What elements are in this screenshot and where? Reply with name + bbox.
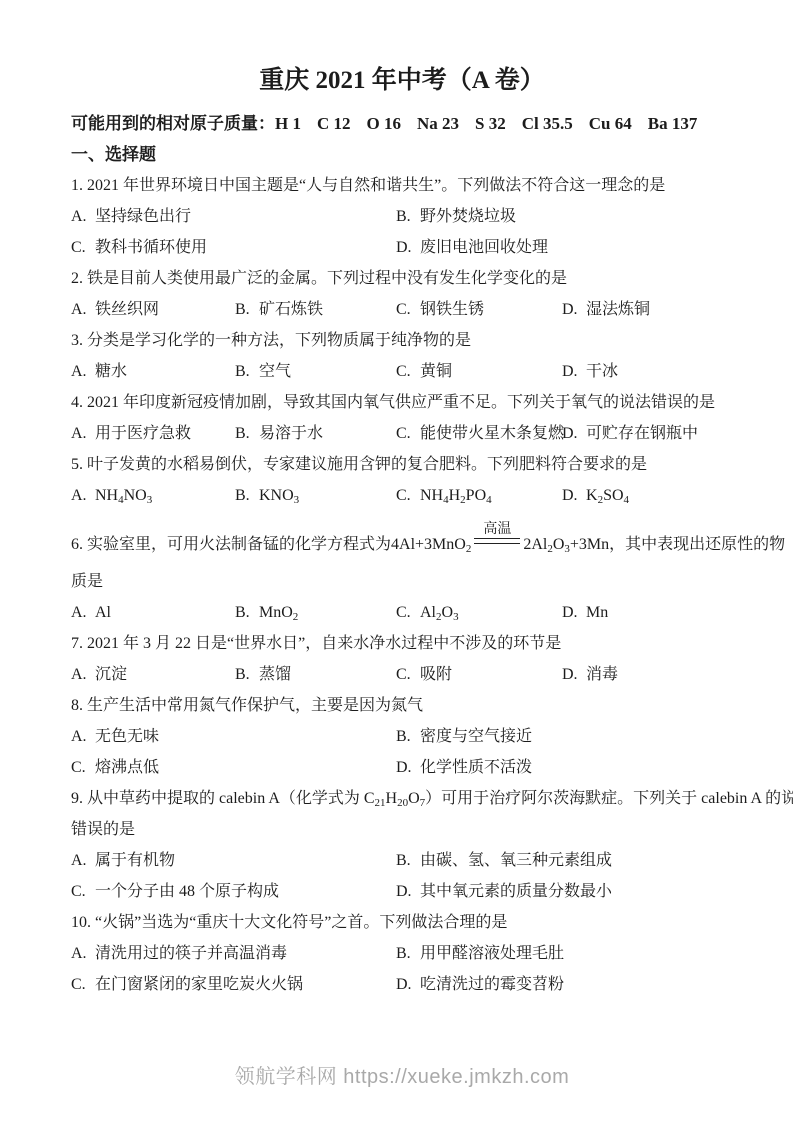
option-c: C.在门窗紧闭的家里吃炭火火锅: [71, 969, 396, 1000]
chemical-formula: MnO2: [259, 604, 298, 621]
options-row: A.糖水 B.空气 C.黄铜 D.干冰: [71, 356, 733, 387]
option-text: 密度与空气接近: [420, 728, 532, 745]
chemical-formula: K2SO4: [586, 487, 629, 504]
option-label: C.: [396, 418, 420, 449]
option-a: A.铁丝织网: [71, 294, 235, 325]
option-text: 空气: [259, 363, 291, 380]
option-label: C.: [71, 876, 95, 907]
option-text: 钢铁生锈: [420, 301, 484, 318]
chemical-formula: Al: [95, 604, 111, 621]
option-label: A.: [71, 201, 95, 232]
question-stem: 7. 2021 年 3 月 22 日是“世界水日”，自来水净水过程中不涉及的环节…: [71, 628, 733, 659]
option-d: D.可贮存在钢瓶中: [562, 418, 733, 449]
option-b: B.空气: [235, 356, 396, 387]
option-label: A.: [71, 597, 95, 628]
options-row: A.清洗用过的筷子并高温消毒 B.用甲醛溶液处理毛肚: [71, 938, 733, 969]
question-7: 7. 2021 年 3 月 22 日是“世界水日”，自来水净水过程中不涉及的环节…: [71, 628, 733, 690]
atomic-mass-entry: S 32: [475, 108, 506, 139]
option-b: B.密度与空气接近: [396, 721, 733, 752]
question-stem: 3. 分类是学习化学的一种方法，下列物质属于纯净物的是: [71, 325, 733, 356]
option-text: 由碳、氢、氧三种元素组成: [420, 852, 612, 869]
options-row: A.属于有机物 B.由碳、氢、氧三种元素组成: [71, 845, 733, 876]
option-c: C.一个分子由 48 个原子构成: [71, 876, 396, 907]
option-b: B.由碳、氢、氧三种元素组成: [396, 845, 733, 876]
option-label: D.: [396, 232, 420, 263]
option-label: D.: [562, 418, 586, 449]
option-label: A.: [71, 845, 95, 876]
option-label: D.: [562, 597, 586, 628]
options-row: A.沉淀 B.蒸馏 C.吸附 D.消毒: [71, 659, 733, 690]
option-label: A.: [71, 418, 95, 449]
option-text: 化学性质不活泼: [420, 759, 532, 776]
reaction-condition: 高温: [474, 538, 520, 546]
option-d: D.K2SO4: [562, 480, 733, 511]
option-label: C.: [71, 969, 95, 1000]
option-text: 黄铜: [420, 363, 452, 380]
option-text: 能使带火星木条复燃: [420, 425, 564, 442]
question-stem: 2. 铁是目前人类使用最广泛的金属。下列过程中没有发生化学变化的是: [71, 263, 733, 294]
question-stem: 10. “火锅”当选为“重庆十大文化符号”之首。下列做法合理的是: [71, 907, 733, 938]
option-text: 湿法炼铜: [586, 301, 650, 318]
option-c: C.黄铜: [396, 356, 562, 387]
option-a: A.坚持绿色出行: [71, 201, 396, 232]
option-label: C.: [396, 480, 420, 511]
option-a: A.无色无味: [71, 721, 396, 752]
question-stem: 6. 实验室里，可用火法制备锰的化学方程式为4Al+3MnO2高温2Al2O3+…: [71, 511, 733, 566]
option-text: 野外焚烧垃圾: [420, 208, 516, 225]
option-d: D.废旧电池回收处理: [396, 232, 733, 263]
option-label: D.: [396, 876, 420, 907]
question-stem: 5. 叶子发黄的水稻易倒伏，专家建议施用含钾的复合肥料。下列肥料符合要求的是: [71, 449, 733, 480]
option-c: C.吸附: [396, 659, 562, 690]
option-label: A.: [71, 294, 95, 325]
options-row: A.用于医疗急救 B.易溶于水 C.能使带火星木条复燃 D.可贮存在钢瓶中: [71, 418, 733, 449]
option-label: B.: [235, 480, 259, 511]
option-label: B.: [235, 356, 259, 387]
option-b: B.KNO3: [235, 480, 396, 511]
option-label: D.: [562, 356, 586, 387]
question-6: 6. 实验室里，可用火法制备锰的化学方程式为4Al+3MnO2高温2Al2O3+…: [71, 511, 733, 628]
question-2: 2. 铁是目前人类使用最广泛的金属。下列过程中没有发生化学变化的是 A.铁丝织网…: [71, 263, 733, 325]
option-c: C.Al2O3: [396, 597, 562, 628]
option-d: D.Mn: [562, 597, 733, 628]
option-text: 教科书循环使用: [95, 239, 207, 256]
option-label: C.: [396, 294, 420, 325]
option-label: D.: [562, 294, 586, 325]
option-label: B.: [396, 845, 420, 876]
option-text: 在门窗紧闭的家里吃炭火火锅: [95, 976, 303, 993]
option-text: 铁丝织网: [95, 301, 159, 318]
equation-left: 4Al+3MnO2: [391, 536, 471, 553]
page-title: 重庆 2021 年中考（A 卷）: [71, 64, 733, 98]
atomic-mass-entry: C 12: [317, 108, 351, 139]
option-text: 废旧电池回收处理: [420, 239, 548, 256]
option-c: C.熔沸点低: [71, 752, 396, 783]
question-1: 1. 2021 年世界环境日中国主题是“人与自然和谐共生”。下列做法不符合这一理…: [71, 170, 733, 263]
site-watermark: 领航学科网 https://xueke.jmkzh.com: [71, 1060, 733, 1089]
option-label: C.: [396, 597, 420, 628]
options-row: C.一个分子由 48 个原子构成 D.其中氧元素的质量分数最小: [71, 876, 733, 907]
option-text: 吃清洗过的霉变苕粉: [420, 976, 564, 993]
option-label: B.: [235, 418, 259, 449]
option-c: C.钢铁生锈: [396, 294, 562, 325]
options-row: A.Al B.MnO2 C.Al2O3 D.Mn: [71, 597, 733, 628]
option-label: A.: [71, 659, 95, 690]
option-label: C.: [71, 232, 95, 263]
chemical-formula: NH4H2PO4: [420, 487, 492, 504]
option-label: C.: [396, 659, 420, 690]
question-4: 4. 2021 年印度新冠疫情加剧，导致其国内氧气供应严重不足。下列关于氧气的说…: [71, 387, 733, 449]
option-label: B.: [235, 659, 259, 690]
option-d: D.化学性质不活泼: [396, 752, 733, 783]
option-c: C.NH4H2PO4: [396, 480, 562, 511]
option-label: A.: [71, 356, 95, 387]
option-text: 消毒: [586, 666, 618, 683]
option-label: B.: [235, 294, 259, 325]
option-b: B.矿石炼铁: [235, 294, 396, 325]
option-d: D.湿法炼铜: [562, 294, 733, 325]
equation-right: 2Al2O3+3Mn: [523, 536, 609, 553]
atomic-mass-entry: H 1: [275, 108, 301, 139]
option-label: B.: [396, 938, 420, 969]
option-label: B.: [396, 721, 420, 752]
question-stem: 1. 2021 年世界环境日中国主题是“人与自然和谐共生”。下列做法不符合这一理…: [71, 170, 733, 201]
stem-text: 6. 实验室里，可用火法制备锰的化学方程式为: [71, 536, 391, 553]
option-b: B.MnO2: [235, 597, 396, 628]
option-b: B.用甲醛溶液处理毛肚: [396, 938, 733, 969]
options-row: A.无色无味 B.密度与空气接近: [71, 721, 733, 752]
exam-page: 重庆 2021 年中考（A 卷） 可能用到的相对原子质量：H 1C 12O 16…: [0, 0, 793, 1089]
option-text: 可贮存在钢瓶中: [586, 425, 698, 442]
options-row: A.坚持绿色出行 B.野外焚烧垃圾: [71, 201, 733, 232]
option-label: C.: [71, 752, 95, 783]
option-label: D.: [562, 480, 586, 511]
option-text: 矿石炼铁: [259, 301, 323, 318]
option-label: B.: [235, 597, 259, 628]
option-text: 用甲醛溶液处理毛肚: [420, 945, 564, 962]
option-c: C.能使带火星木条复燃: [396, 418, 562, 449]
question-10: 10. “火锅”当选为“重庆十大文化符号”之首。下列做法合理的是 A.清洗用过的…: [71, 907, 733, 1000]
option-text: 沉淀: [95, 666, 127, 683]
chemical-formula: KNO3: [259, 487, 299, 504]
atomic-mass-label: 可能用到的相对原子质量：: [71, 114, 275, 133]
option-label: B.: [396, 201, 420, 232]
option-text: 蒸馏: [259, 666, 291, 683]
atomic-mass-entry: Na 23: [417, 108, 459, 139]
option-d: D.干冰: [562, 356, 733, 387]
option-d: D.其中氧元素的质量分数最小: [396, 876, 733, 907]
option-text: 熔沸点低: [95, 759, 159, 776]
option-label: D.: [396, 752, 420, 783]
option-a: A.沉淀: [71, 659, 235, 690]
question-8: 8. 生产生活中常用氮气作保护气，主要是因为氮气 A.无色无味 B.密度与空气接…: [71, 690, 733, 783]
option-a: A.清洗用过的筷子并高温消毒: [71, 938, 396, 969]
question-stem: 4. 2021 年印度新冠疫情加剧，导致其国内氧气供应严重不足。下列关于氧气的说…: [71, 387, 733, 418]
atomic-mass-entry: Cl 35.5: [522, 108, 573, 139]
atomic-mass-line: 可能用到的相对原子质量：H 1C 12O 16Na 23S 32Cl 35.5C…: [71, 108, 733, 139]
question-stem: 9. 从中草药中提取的 calebin A（化学式为 C21H20O7）可用于治…: [71, 783, 733, 814]
option-a: A.Al: [71, 597, 235, 628]
option-text: 糖水: [95, 363, 127, 380]
chemical-formula: Al2O3: [420, 604, 459, 621]
option-text: 易溶于水: [259, 425, 323, 442]
stem-text: ，其中表现出还原性的物: [609, 536, 785, 553]
option-b: B.野外焚烧垃圾: [396, 201, 733, 232]
option-text: 坚持绿色出行: [95, 208, 191, 225]
option-d: D.消毒: [562, 659, 733, 690]
option-a: A.用于医疗急救: [71, 418, 235, 449]
option-label: A.: [71, 480, 95, 511]
question-3: 3. 分类是学习化学的一种方法，下列物质属于纯净物的是 A.糖水 B.空气 C.…: [71, 325, 733, 387]
option-text: 一个分子由 48 个原子构成: [95, 883, 279, 900]
option-text: 清洗用过的筷子并高温消毒: [95, 945, 287, 962]
option-text: 属于有机物: [95, 852, 175, 869]
condition-text: 高温: [483, 523, 511, 537]
question-stem-continued: 错误的是: [71, 814, 733, 845]
options-row: C.熔沸点低 D.化学性质不活泼: [71, 752, 733, 783]
question-5: 5. 叶子发黄的水稻易倒伏，专家建议施用含钾的复合肥料。下列肥料符合要求的是 A…: [71, 449, 733, 511]
option-a: A.糖水: [71, 356, 235, 387]
atomic-mass-entry: O 16: [367, 108, 401, 139]
equals-double-line: [474, 538, 520, 544]
option-text: 用于医疗急救: [95, 425, 191, 442]
options-row: A.NH4NO3 B.KNO3 C.NH4H2PO4 D.K2SO4: [71, 480, 733, 511]
chemical-formula: NH4NO3: [95, 487, 152, 504]
option-label: A.: [71, 721, 95, 752]
option-label: C.: [396, 356, 420, 387]
option-b: B.蒸馏: [235, 659, 396, 690]
option-text: 其中氧元素的质量分数最小: [420, 883, 612, 900]
atomic-mass-entry: Cu 64: [589, 108, 632, 139]
question-9: 9. 从中草药中提取的 calebin A（化学式为 C21H20O7）可用于治…: [71, 783, 733, 907]
option-text: 吸附: [420, 666, 452, 683]
option-a: A.NH4NO3: [71, 480, 235, 511]
options-row: C.在门窗紧闭的家里吃炭火火锅 D.吃清洗过的霉变苕粉: [71, 969, 733, 1000]
option-b: B.易溶于水: [235, 418, 396, 449]
atomic-mass-entry: Ba 137: [648, 108, 698, 139]
question-stem-continued: 质是: [71, 566, 733, 597]
chemical-formula: Mn: [586, 604, 608, 621]
option-text: 干冰: [586, 363, 618, 380]
options-row: C.教科书循环使用 D.废旧电池回收处理: [71, 232, 733, 263]
option-c: C.教科书循环使用: [71, 232, 396, 263]
option-label: A.: [71, 938, 95, 969]
options-row: A.铁丝织网 B.矿石炼铁 C.钢铁生锈 D.湿法炼铜: [71, 294, 733, 325]
section-heading: 一、选择题: [71, 139, 733, 170]
question-stem: 8. 生产生活中常用氮气作保护气，主要是因为氮气: [71, 690, 733, 721]
option-text: 无色无味: [95, 728, 159, 745]
option-d: D.吃清洗过的霉变苕粉: [396, 969, 733, 1000]
option-label: D.: [562, 659, 586, 690]
option-a: A.属于有机物: [71, 845, 396, 876]
option-label: D.: [396, 969, 420, 1000]
